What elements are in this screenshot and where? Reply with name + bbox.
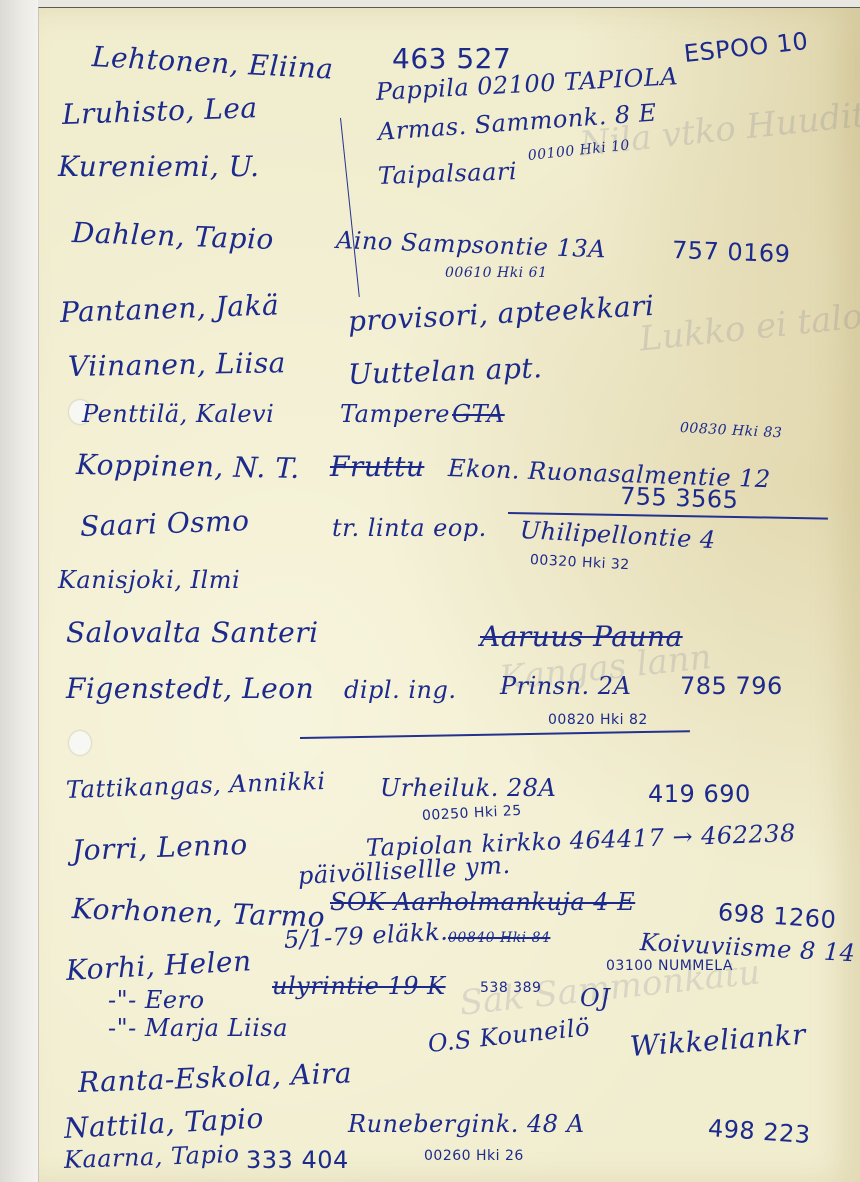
entry-name: Viinanen, Liisa xyxy=(68,346,286,383)
entry-address: Runebergink. 48 A xyxy=(348,1110,585,1138)
punch-hole xyxy=(69,731,91,755)
struck-text: Fruttu xyxy=(330,450,424,483)
entry-name: Kureniemi, U. xyxy=(58,150,260,183)
entry-name: Jorri, Lenno xyxy=(71,828,248,867)
struck-text: Aaruus Pauna xyxy=(480,620,683,653)
entry-address: Prinsn. 2A xyxy=(500,672,631,700)
entry-address: Urheiluk. 28A xyxy=(380,774,556,802)
entry-note: Uuttelan apt. xyxy=(347,351,543,391)
bleed-through-text: Lukko ei talo xyxy=(638,296,860,359)
entry-name: Saari Osmo xyxy=(79,504,250,543)
struck-text: ulyrintie 19 K xyxy=(272,972,446,1000)
scanner-left-margin xyxy=(0,0,38,1182)
entry-sub-1: -"- Eero xyxy=(108,986,205,1014)
entry-phone: 785 796 xyxy=(680,672,783,700)
entry-postal: 00610 Hki 61 xyxy=(445,265,547,281)
struck-text: SOK Aarholmankuja 4 E xyxy=(330,888,635,916)
entry-note: dipl. ing. xyxy=(344,676,456,704)
entry-sub-2: -"- Marja Liisa xyxy=(108,1014,288,1042)
entry-phone: 755 3565 xyxy=(620,482,739,514)
entry-phone: 333 404 xyxy=(246,1146,349,1174)
entry-name: Lruhisto, Lea xyxy=(61,91,258,131)
entry-name: Kanisjoki, Ilmi xyxy=(58,566,240,594)
entry-postal: 00820 Hki 82 xyxy=(548,712,648,728)
entry-name: Salovalta Santeri xyxy=(66,616,319,649)
entry-address: Tampere xyxy=(340,400,450,428)
entry-postal: 00260 Hki 26 xyxy=(424,1148,524,1164)
entry-postal: 03100 NUMMELA xyxy=(606,958,733,974)
entry-mark: OJ xyxy=(580,984,610,1012)
entry-phone: 419 690 xyxy=(648,780,751,808)
entry-phone: 463 527 xyxy=(392,42,511,75)
entry-phone: 757 0169 xyxy=(672,236,791,268)
struck-text: 00840 Hki 84 xyxy=(448,930,550,946)
entry-name: Penttilä, Kalevi xyxy=(82,400,274,428)
scanner-top-edge xyxy=(0,0,860,7)
struck-text: GTA xyxy=(452,400,505,428)
entry-name: Figenstedt, Leon xyxy=(66,672,314,705)
entry-phone: 538 389 xyxy=(480,980,541,996)
entry-name: Dahlen, Tapio xyxy=(71,216,274,256)
entry-name: Koppinen, N. T. xyxy=(76,448,300,485)
entry-address: Taipalsaari xyxy=(378,157,518,190)
entry-note: tr. linta eop. xyxy=(332,514,487,542)
